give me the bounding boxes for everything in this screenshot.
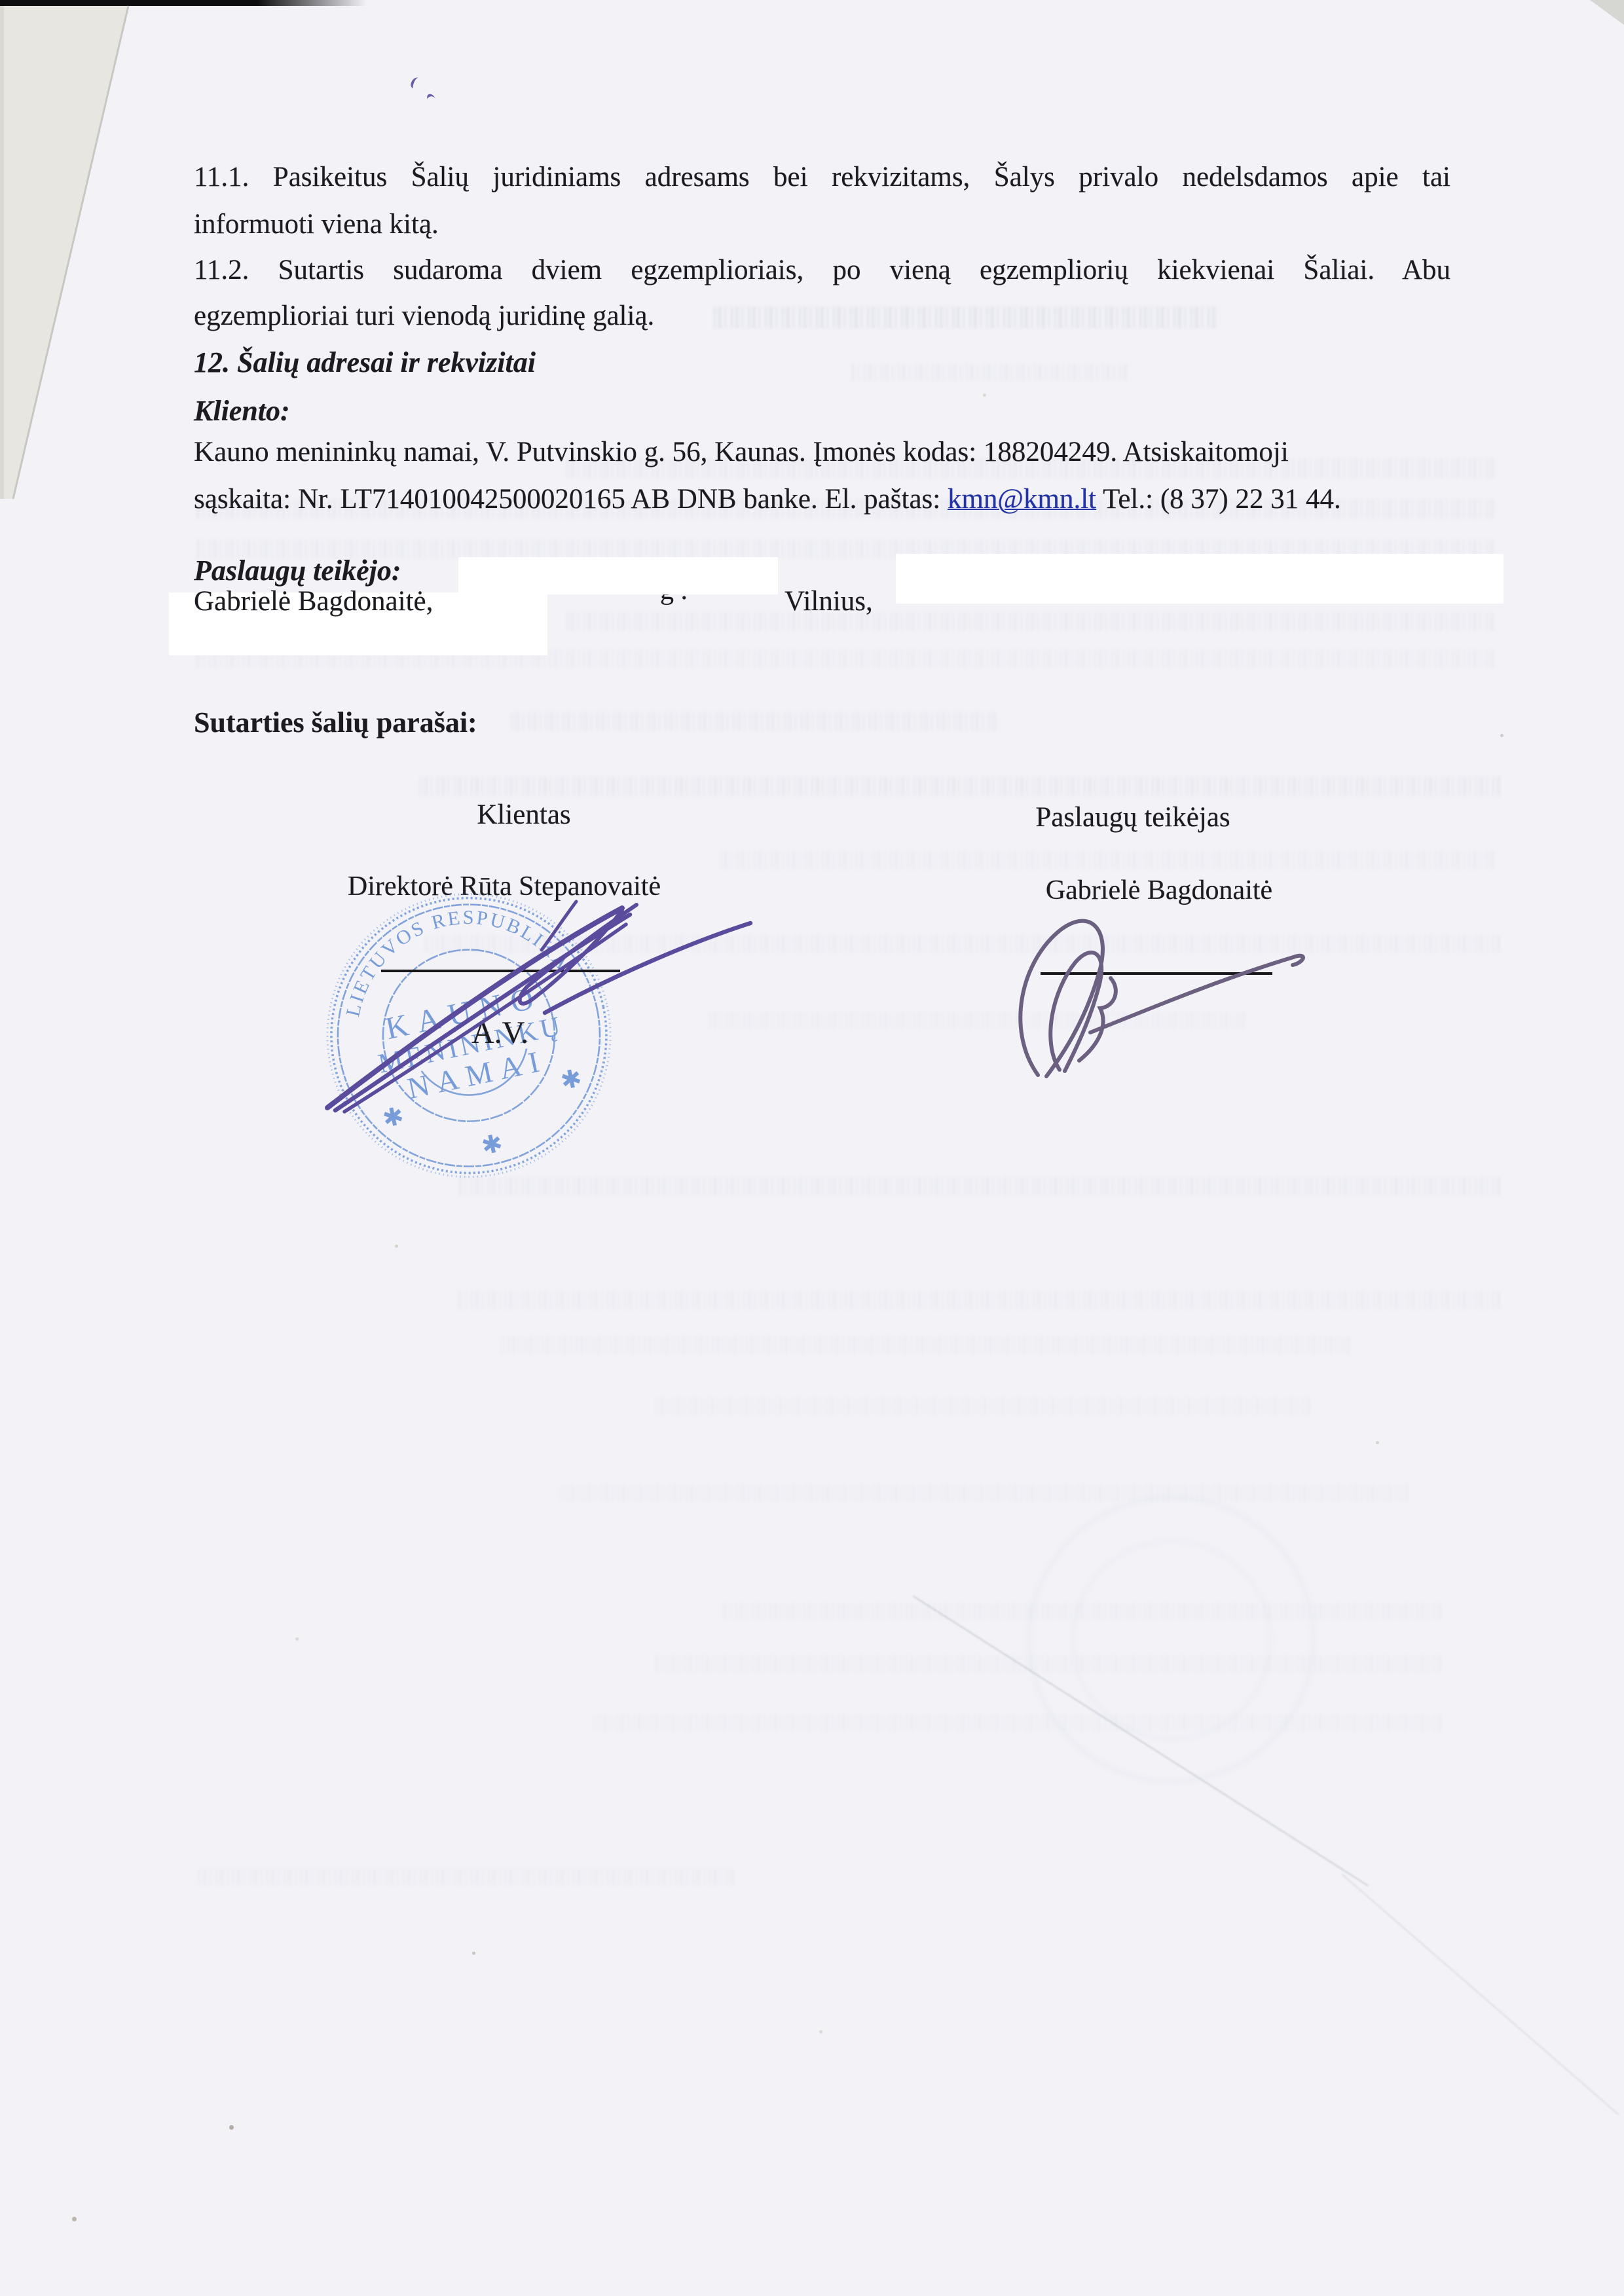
page-corner-fold [0,0,196,511]
scanned-contract-page: 11.1. Pasikeitus Šalių juridiniams adres… [0,0,1624,2296]
clause-11-1-line1: 11.1. Pasikeitus Šalių juridiniams adres… [194,161,1450,194]
clause-11-1-line2: informuoti viena kitą. [194,208,439,242]
signatures-heading: Sutarties šalių parašai: [194,706,477,740]
stray-pen-mark [410,76,422,90]
bleedthrough-ghost-line [419,776,1500,796]
bleedthrough-ghost-line [655,1398,1310,1415]
bleedthrough-ghost-line [720,851,1493,869]
provider-name-text: Gabrielė Bagdonaitė, [194,585,433,619]
bleedthrough-ghost-line [720,1603,1441,1620]
bleedthrough-ghost-line [589,1714,1441,1731]
client-phone-text: Tel.: (8 37) 22 31 44. [1096,484,1341,515]
bleedthrough-ghost-line [655,1655,1441,1672]
provider-handwritten-signature [1002,911,1342,1101]
role-provider: Paslaugų teikėjas [969,801,1297,835]
bleedthrough-ghost-line [498,1336,1349,1354]
clause-11-2-line2: egzemplioriai turi vienodą juridinę gali… [194,300,654,333]
stray-pen-mark [426,92,437,106]
redaction-box [458,557,778,594]
bleedthrough-ghost-line [851,364,1126,381]
bleedthrough-ghost-line [511,712,995,731]
paper-specks [0,0,2,2]
bleedthrough-ghost-line [458,1291,1500,1309]
bleedthrough-ghost-line [196,1868,733,1886]
provider-label: Paslaugų teikėjo: [194,554,401,588]
provider-signatory-name: Gabrielė Bagdonaitė [1028,875,1290,907]
role-client: Klientas [393,799,655,832]
bleedthrough-ghost-line [710,306,1215,329]
stamp-star-icon: ✱ [479,1129,506,1161]
paper-crease [1342,1874,1619,2115]
clause-11-2-line1: 11.2. Sutartis sudaroma dviem egzemplior… [194,254,1450,287]
redaction-box [896,554,1504,604]
client-email-link[interactable]: kmn@kmn.lt [948,484,1096,515]
bleedthrough-stamp-ghost [1071,1540,1272,1740]
client-details-line1: Kauno menininkų namai, V. Putvinskio g. … [194,436,1289,469]
bleedthrough-ghost-line [458,1177,1500,1195]
bleedthrough-ghost-line [563,612,1493,630]
bleedthrough-ghost-line [557,1485,1408,1502]
provider-city-text: Vilnius, [784,585,873,619]
client-details-line2: sąskaita: Nr. LT714010042500020165 AB DN… [194,483,1341,517]
client-label: Kliento: [194,394,290,428]
client-handwritten-signature [314,851,773,1133]
section-12-heading: 12. Šalių adresai ir rekvizitai [194,346,536,380]
corner-notch-top-right [1590,0,1624,25]
client-details-line2-text: sąskaita: Nr. LT714010042500020165 AB DN… [194,484,948,515]
